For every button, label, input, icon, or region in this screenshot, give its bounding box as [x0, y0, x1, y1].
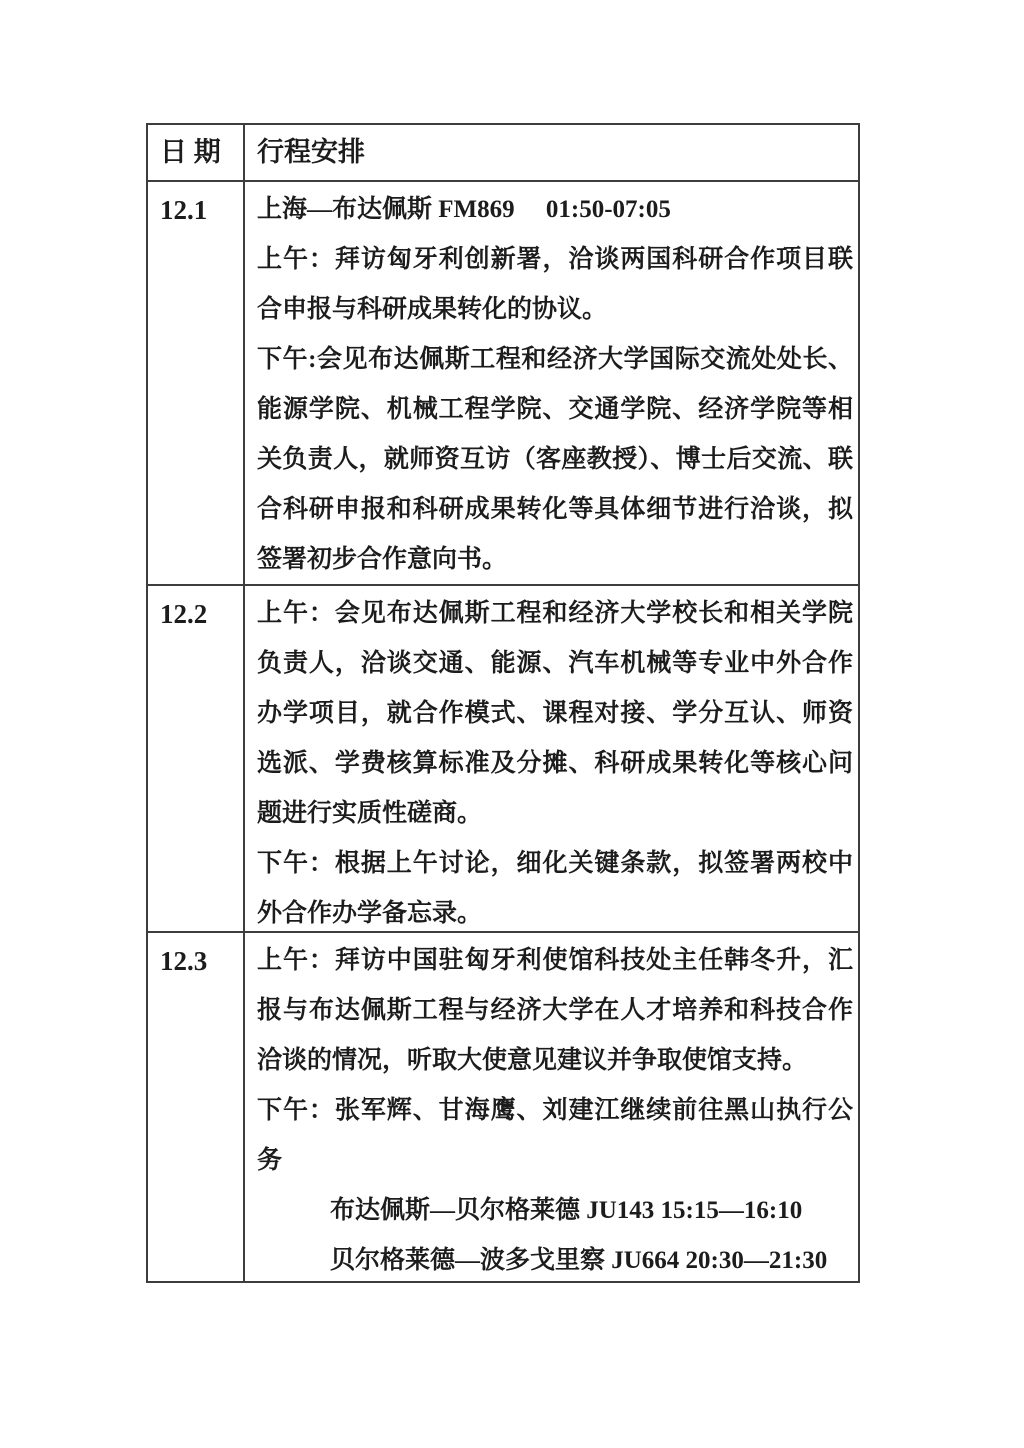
flight-line: 布达佩斯—贝尔格莱德 JU143 15:15—16:10	[257, 1186, 853, 1236]
afternoon-plan: 下午：根据上午讨论，细化关键条款，拟签署两校中外合作办学备忘录。	[257, 839, 853, 931]
table-row: 12.1 上海—布达佩斯 FM869 01:50-07:05 上午：拜访匈牙利创…	[148, 180, 858, 584]
table-header-row: 日 期 行程安排	[148, 125, 858, 180]
header-plan-cell: 行程安排	[245, 125, 858, 180]
plan-cell: 上午：会见布达佩斯工程和经济大学校长和相关学院负责人，洽谈交通、能源、汽车机械等…	[245, 586, 858, 931]
morning-plan: 上午：拜访匈牙利创新署，洽谈两国科研合作项目联合申报与科研成果转化的协议。	[257, 235, 853, 335]
itinerary-table: 日 期 行程安排 12.1 上海—布达佩斯 FM869 01:50-07:05 …	[146, 123, 860, 1283]
date-value: 12.3	[160, 946, 207, 976]
date-cell: 12.2	[148, 586, 245, 931]
plan-cell: 上午：拜访中国驻匈牙利使馆科技处主任韩冬升，汇报与布达佩斯工程与经济大学在人才培…	[245, 933, 858, 1281]
table-row: 12.2 上午：会见布达佩斯工程和经济大学校长和相关学院负责人，洽谈交通、能源、…	[148, 584, 858, 931]
afternoon-plan: 下午：张军辉、甘海鹰、刘建江继续前往黑山执行公务	[257, 1086, 853, 1186]
header-plan-label: 行程安排	[257, 137, 365, 167]
header-date-label: 日 期	[160, 137, 221, 167]
flight-line: 贝尔格莱德—波多戈里察 JU664 20:30—21:30	[257, 1236, 853, 1281]
date-value: 12.2	[160, 599, 207, 629]
morning-plan: 上午：会见布达佩斯工程和经济大学校长和相关学院负责人，洽谈交通、能源、汽车机械等…	[257, 589, 853, 839]
date-value: 12.1	[160, 195, 207, 225]
afternoon-plan: 下午:会见布达佩斯工程和经济大学国际交流处处长、能源学院、机械工程学院、交通学院…	[257, 335, 853, 584]
header-date-cell: 日 期	[148, 125, 245, 180]
flight-line: 上海—布达佩斯 FM869 01:50-07:05	[257, 185, 853, 235]
date-cell: 12.3	[148, 933, 245, 1281]
plan-cell: 上海—布达佩斯 FM869 01:50-07:05 上午：拜访匈牙利创新署，洽谈…	[245, 182, 858, 584]
table-row: 12.3 上午：拜访中国驻匈牙利使馆科技处主任韩冬升，汇报与布达佩斯工程与经济大…	[148, 931, 858, 1281]
date-cell: 12.1	[148, 182, 245, 584]
morning-plan: 上午：拜访中国驻匈牙利使馆科技处主任韩冬升，汇报与布达佩斯工程与经济大学在人才培…	[257, 936, 853, 1086]
